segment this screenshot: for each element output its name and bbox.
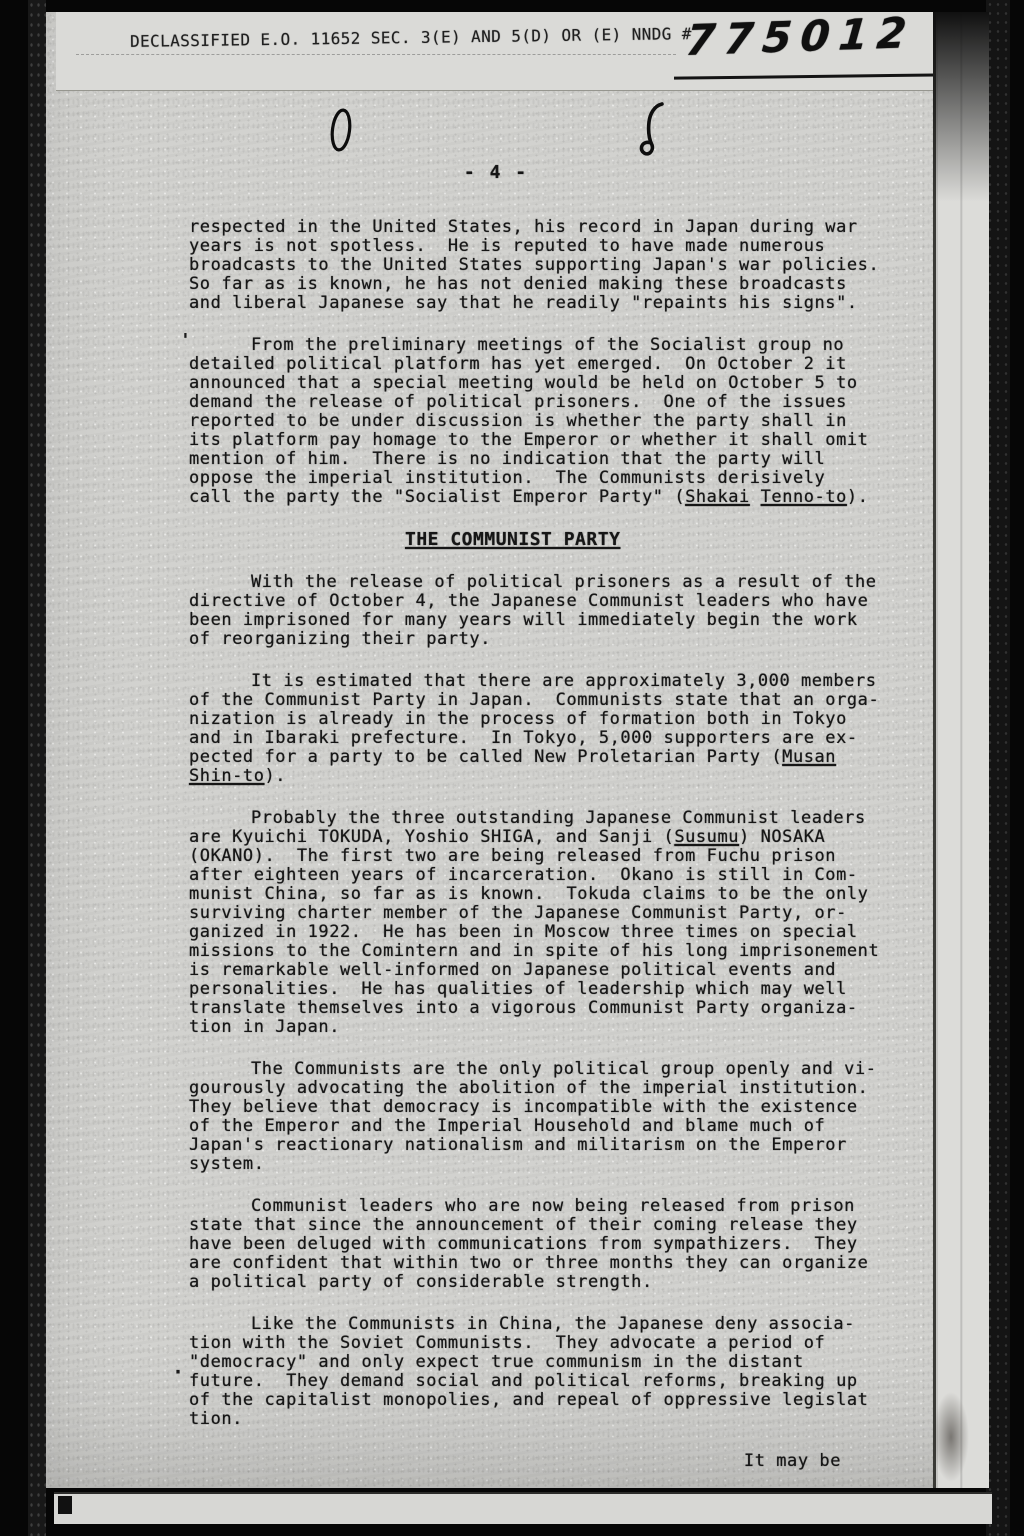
paragraph: respected in the United States, his reco… bbox=[189, 218, 899, 313]
text-line: (OKANO). The first two are being release… bbox=[189, 847, 899, 866]
declassification-slip: DECLASSIFIED E.O. 11652 SEC. 3(E) AND 5(… bbox=[56, 12, 933, 91]
text-line: call the party the "Socialist Emperor Pa… bbox=[189, 488, 899, 507]
text-line: pected for a party to be called New Prol… bbox=[189, 748, 899, 767]
bottom-page-edge bbox=[54, 1492, 992, 1524]
text-line: have been deluged with communications fr… bbox=[189, 1235, 899, 1254]
scan-edge-left bbox=[28, 0, 46, 1536]
text-line: is remarkable well-informed on Japanese … bbox=[189, 961, 899, 980]
text-line: system. bbox=[189, 1155, 899, 1174]
text-line: of the Communist Party in Japan. Communi… bbox=[189, 691, 899, 710]
text-line: ganized in 1922. He has been in Moscow t… bbox=[189, 923, 899, 942]
paragraph: With the release of political prisoners … bbox=[189, 573, 899, 649]
text-line: future. They demand social and political… bbox=[189, 1372, 899, 1391]
text-line: are confident that within two or three m… bbox=[189, 1254, 899, 1273]
slip-dashed-line bbox=[76, 54, 676, 55]
text-line: Probably the three outstanding Japanese … bbox=[189, 809, 899, 828]
text-line: been imprisoned for many years will imme… bbox=[189, 611, 899, 630]
section-heading: THE COMMUNIST PARTY bbox=[189, 530, 899, 549]
paragraph: It is estimated that there are approxima… bbox=[189, 672, 899, 786]
text-line: directive of October 4, the Japanese Com… bbox=[189, 592, 899, 611]
text-line: detailed political platform has yet emer… bbox=[189, 355, 899, 374]
text-line: after eighteen years of incarceration. O… bbox=[189, 866, 899, 885]
paragraph: Communist leaders who are now being rele… bbox=[189, 1197, 899, 1292]
text-line: Shin-to). bbox=[189, 767, 899, 786]
text-line: and in Ibaraki prefecture. In Tokyo, 5,0… bbox=[189, 729, 899, 748]
text-line: of reorganizing their party. bbox=[189, 630, 899, 649]
text-line: demand the release of political prisoner… bbox=[189, 393, 899, 412]
nndg-number-handwritten: 775012 bbox=[684, 8, 918, 65]
text-line: So far as is known, he has not denied ma… bbox=[189, 275, 899, 294]
paper: DECLASSIFIED E.O. 11652 SEC. 3(E) AND 5(… bbox=[46, 12, 933, 1488]
bottom-edge-notch bbox=[58, 1496, 72, 1514]
text-line: It is estimated that there are approxima… bbox=[189, 672, 899, 691]
text-line: announced that a special meeting would b… bbox=[189, 374, 899, 393]
text-line: With the release of political prisoners … bbox=[189, 573, 899, 592]
page-number: - 4 - bbox=[146, 162, 846, 183]
scanned-document-page: DECLASSIFIED E.O. 11652 SEC. 3(E) AND 5(… bbox=[0, 0, 1024, 1536]
text-line: Like the Communists in China, the Japane… bbox=[189, 1315, 899, 1334]
text-line: of the capitalist monopolies, and repeal… bbox=[189, 1391, 899, 1410]
squiggle-pen-mark bbox=[632, 100, 672, 162]
text-line: broadcasts to the United States supporti… bbox=[189, 256, 899, 275]
text-line: missions to the Comintern and in spite o… bbox=[189, 942, 899, 961]
oval-pen-mark bbox=[328, 106, 354, 154]
text-line: a political party of considerable streng… bbox=[189, 1273, 899, 1292]
nndg-number-underline bbox=[674, 73, 946, 79]
text-line: respected in the United States, his reco… bbox=[189, 218, 899, 237]
text-line: oppose the imperial institution. The Com… bbox=[189, 469, 899, 488]
text-line: They believe that democracy is incompati… bbox=[189, 1098, 899, 1117]
text-line: of the Emperor and the Imperial Househol… bbox=[189, 1117, 899, 1136]
text-line: nization is already in the process of fo… bbox=[189, 710, 899, 729]
text-line: From the preliminary meetings of the Soc… bbox=[189, 336, 899, 355]
text-line: Communist leaders who are now being rele… bbox=[189, 1197, 899, 1216]
catchword: It may be bbox=[189, 1452, 899, 1471]
text-line: tion in Japan. bbox=[189, 1018, 899, 1037]
text-line: and liberal Japanese say that he readily… bbox=[189, 294, 899, 313]
text-line: Japan's reactionary nationalism and mili… bbox=[189, 1136, 899, 1155]
text-line: gourously advocating the abolition of th… bbox=[189, 1079, 899, 1098]
scan-edge-right bbox=[986, 0, 1010, 1536]
text-line: are Kyuichi TOKUDA, Yoshio SHIGA, and Sa… bbox=[189, 828, 899, 847]
text-line: its platform pay homage to the Emperor o… bbox=[189, 431, 899, 450]
text-line: munist China, so far as is known. Tokuda… bbox=[189, 885, 899, 904]
text-line: tion. bbox=[189, 1410, 899, 1429]
text-line: surviving charter member of the Japanese… bbox=[189, 904, 899, 923]
margin-dot-mark: · bbox=[172, 1360, 184, 1384]
paragraph: Like the Communists in China, the Japane… bbox=[189, 1315, 899, 1429]
text-line: state that since the announcement of the… bbox=[189, 1216, 899, 1235]
paragraph: From the preliminary meetings of the Soc… bbox=[189, 336, 899, 507]
text-line: tion with the Soviet Communists. They ad… bbox=[189, 1334, 899, 1353]
text-line: THE COMMUNIST PARTY bbox=[405, 530, 899, 549]
text-line: mention of him. There is no indication t… bbox=[189, 450, 899, 469]
text-line: translate themselves into a vigorous Com… bbox=[189, 999, 899, 1018]
adjacent-page-edge bbox=[933, 12, 989, 1488]
declassification-stamp-text: DECLASSIFIED E.O. 11652 SEC. 3(E) AND 5(… bbox=[130, 24, 692, 51]
text-line: "democracy" and only expect true communi… bbox=[189, 1353, 899, 1372]
text-line: The Communists are the only political gr… bbox=[189, 1060, 899, 1079]
text-line: years is not spotless. He is reputed to … bbox=[189, 237, 899, 256]
paragraph: Probably the three outstanding Japanese … bbox=[189, 809, 899, 1037]
text-line: personalities. He has qualities of leade… bbox=[189, 980, 899, 999]
paragraph: The Communists are the only political gr… bbox=[189, 1060, 899, 1174]
document-body: respected in the United States, his reco… bbox=[189, 218, 899, 1471]
text-line: reported to be under discussion is wheth… bbox=[189, 412, 899, 431]
